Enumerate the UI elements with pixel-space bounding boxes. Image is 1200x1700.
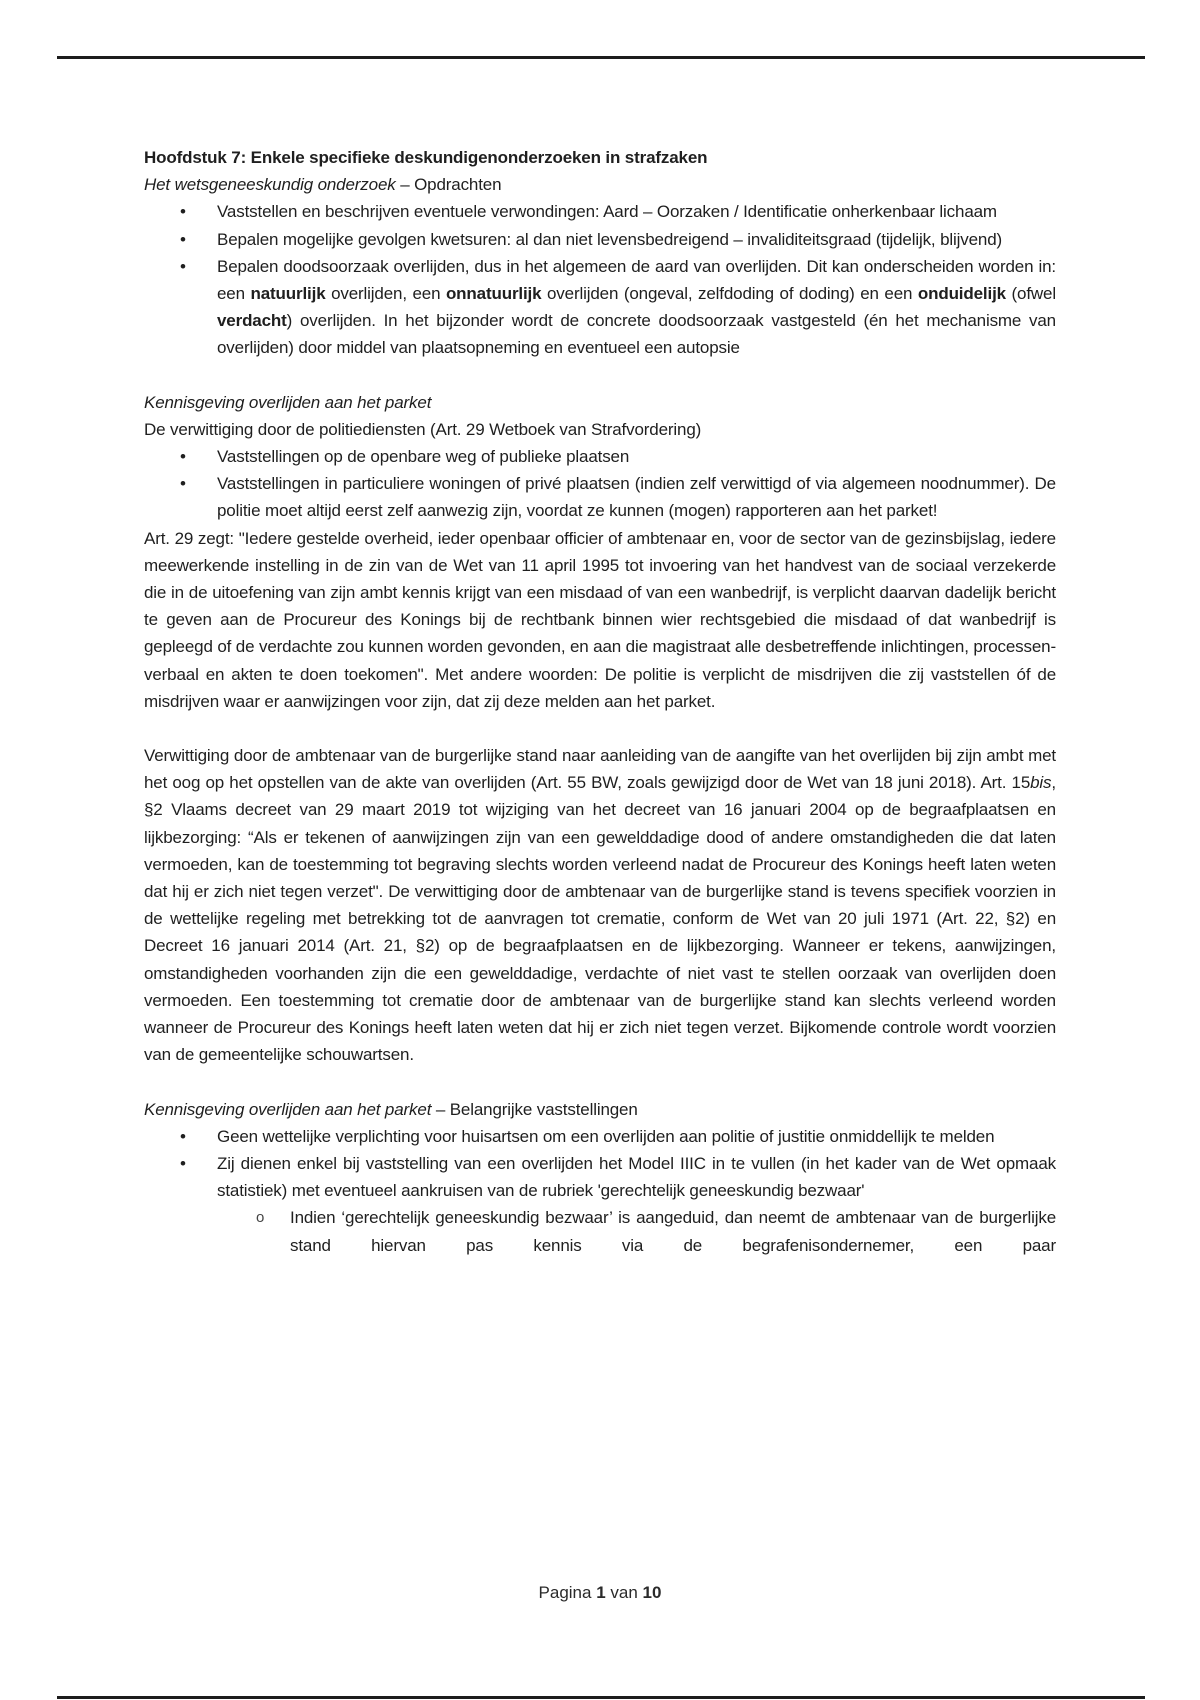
vaststellingen-list: • Vaststellingen op de openbare weg of p…: [144, 443, 1056, 525]
list-item: • Vaststellen en beschrijven eventuele v…: [144, 198, 1056, 225]
page-label: Pagina: [539, 1583, 597, 1602]
sub-list: o Indien ‘gerechtelijk geneeskundig bezw…: [217, 1204, 1056, 1258]
list-item-text: Zij dienen enkel bij vaststelling van ee…: [217, 1154, 1056, 1200]
text-run: overlijden (ongeval, zelfdoding of dodin…: [541, 284, 917, 303]
term-natuurlijk: natuurlijk: [250, 284, 325, 303]
of-label: van: [606, 1583, 643, 1602]
opdrachten-list: • Vaststellen en beschrijven eventuele v…: [144, 198, 1056, 361]
term-verdacht: verdacht: [217, 311, 287, 330]
header-rule: [57, 56, 1145, 59]
document-page: Hoofdstuk 7: Enkele specifieke deskundig…: [144, 144, 1056, 1259]
list-item: • Geen wettelijke verplichting voor huis…: [144, 1123, 1056, 1150]
list-item-text: Vaststellingen op de openbare weg of pub…: [217, 447, 629, 466]
page-footer: Pagina 1 van 10: [0, 1583, 1200, 1603]
text-run: overlijden, een: [326, 284, 446, 303]
burgerlijke-stand-paragraph: Verwittiging door de ambtenaar van de bu…: [144, 742, 1056, 1068]
list-item-text: Vaststellen en beschrijven eventuele ver…: [217, 202, 997, 221]
section-subheading-politiediensten: De verwittiging door de politiediensten …: [144, 416, 1056, 443]
heading-separator: –: [431, 1100, 449, 1119]
list-item: • Zij dienen enkel bij vaststelling van …: [144, 1150, 1056, 1259]
heading-separator: –: [396, 175, 414, 194]
bullet-icon: •: [180, 226, 200, 253]
text-run: Verwittiging door de ambtenaar van de bu…: [144, 746, 1056, 792]
section-heading-kennisgeving: Kennisgeving overlijden aan het parket: [144, 389, 1056, 416]
bullet-icon: •: [180, 253, 200, 280]
text-run: ) overlijden. In het bijzonder wordt de …: [217, 311, 1056, 357]
section-heading-wetsgeneeskundig: Het wetsgeneeskundig onderzoek – Opdrach…: [144, 171, 1056, 198]
art29-paragraph: Art. 29 zegt: "Iedere gestelde overheid,…: [144, 525, 1056, 715]
section-heading-belangrijke-vaststellingen: Kennisgeving overlijden aan het parket –…: [144, 1096, 1056, 1123]
section-heading-italic: Kennisgeving overlijden aan het parket: [144, 393, 431, 412]
list-item: • Vaststellingen in particuliere woninge…: [144, 470, 1056, 524]
list-item: • Vaststellingen op de openbare weg of p…: [144, 443, 1056, 470]
bullet-icon: •: [180, 443, 200, 470]
section-heading-italic: Kennisgeving overlijden aan het parket: [144, 1100, 431, 1119]
chapter-title: Hoofdstuk 7: Enkele specifieke deskundig…: [144, 144, 1056, 171]
footer-rule: [57, 1696, 1145, 1699]
circle-bullet-icon: o: [256, 1204, 264, 1231]
list-item-text: Bepalen mogelijke gevolgen kwetsuren: al…: [217, 230, 1002, 249]
current-page-number: 1: [596, 1583, 605, 1602]
belangrijke-vaststellingen-list: • Geen wettelijke verplichting voor huis…: [144, 1123, 1056, 1259]
section-heading-rest: Opdrachten: [414, 175, 501, 194]
spacer: [144, 715, 1056, 742]
list-item-text: Vaststellingen in particuliere woningen …: [217, 474, 1056, 520]
section-heading-rest: Belangrijke vaststellingen: [450, 1100, 638, 1119]
list-item: • Bepalen doodsoorzaak overlijden, dus i…: [144, 253, 1056, 362]
list-item-text: Geen wettelijke verplichting voor huisar…: [217, 1127, 994, 1146]
bis-italic: bis: [1030, 773, 1051, 792]
bullet-icon: •: [180, 198, 200, 225]
list-item: • Bepalen mogelijke gevolgen kwetsuren: …: [144, 226, 1056, 253]
total-pages-number: 10: [643, 1583, 662, 1602]
list-item-text: Bepalen doodsoorzaak overlijden, dus in …: [217, 257, 1056, 358]
spacer: [144, 362, 1056, 389]
bullet-icon: •: [180, 470, 200, 497]
sub-list-item: o Indien ‘gerechtelijk geneeskundig bezw…: [217, 1204, 1056, 1258]
sub-list-item-text: Indien ‘gerechtelijk geneeskundig bezwaa…: [290, 1208, 1056, 1254]
spacer: [144, 1069, 1056, 1096]
bullet-icon: •: [180, 1123, 200, 1150]
text-run: , §2 Vlaams decreet van 29 maart 2019 to…: [144, 773, 1056, 1064]
term-onnatuurlijk: onnatuurlijk: [446, 284, 541, 303]
bullet-icon: •: [180, 1150, 200, 1177]
text-run: (ofwel: [1006, 284, 1056, 303]
term-onduidelijk: onduidelijk: [918, 284, 1006, 303]
section-heading-italic: Het wetsgeneeskundig onderzoek: [144, 175, 396, 194]
